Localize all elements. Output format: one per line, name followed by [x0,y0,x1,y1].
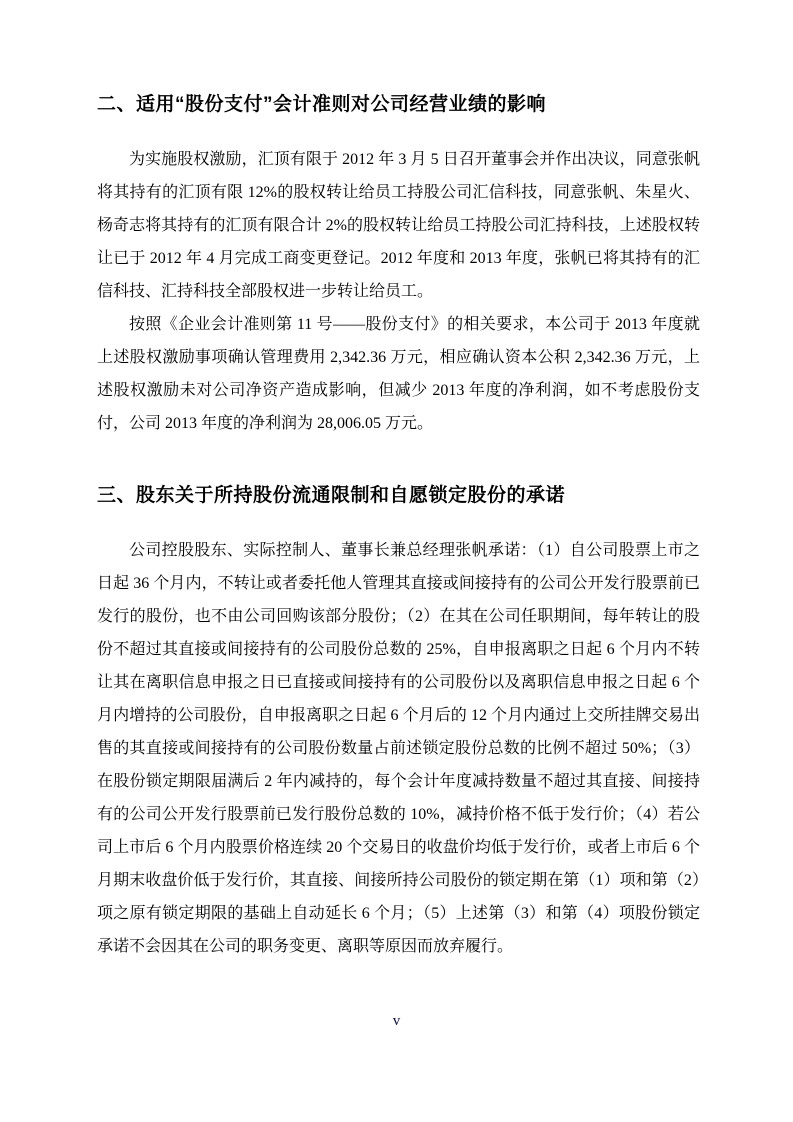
paragraph-accounting-standard-impact: 按照《企业会计准则第 11 号——股份支付》的相关要求，本公司于 2013 年度… [97,308,700,440]
paragraph-shareholder-commitments: 公司控股股东、实际控制人、董事长兼总经理张帆承诺：（1）自公司股票上市之日起 3… [97,534,700,963]
document-content: 二、适用“股份支付”会计准则对公司经营业绩的影响 为实施股权激励，汇顶有限于 2… [0,0,793,963]
section-lockup-commitment: 三、股东关于所持股份流通限制和自愿锁定股份的承诺 公司控股股东、实际控制人、董事… [97,482,700,963]
paragraph-equity-incentive-transfer: 为实施股权激励，汇顶有限于 2012 年 3 月 5 日召开董事会并作出决议，同… [97,143,700,308]
section-heading-lockup-commitment: 三、股东关于所持股份流通限制和自愿锁定股份的承诺 [97,482,700,509]
section-heading-share-payment: 二、适用“股份支付”会计准则对公司经营业绩的影响 [97,91,700,118]
page-footer: v [0,1012,793,1030]
page-number: v [393,1013,401,1029]
section-share-payment-impact: 二、适用“股份支付”会计准则对公司经营业绩的影响 为实施股权激励，汇顶有限于 2… [97,91,700,440]
document-page: 二、适用“股份支付”会计准则对公司经营业绩的影响 为实施股权激励，汇顶有限于 2… [0,0,793,1122]
